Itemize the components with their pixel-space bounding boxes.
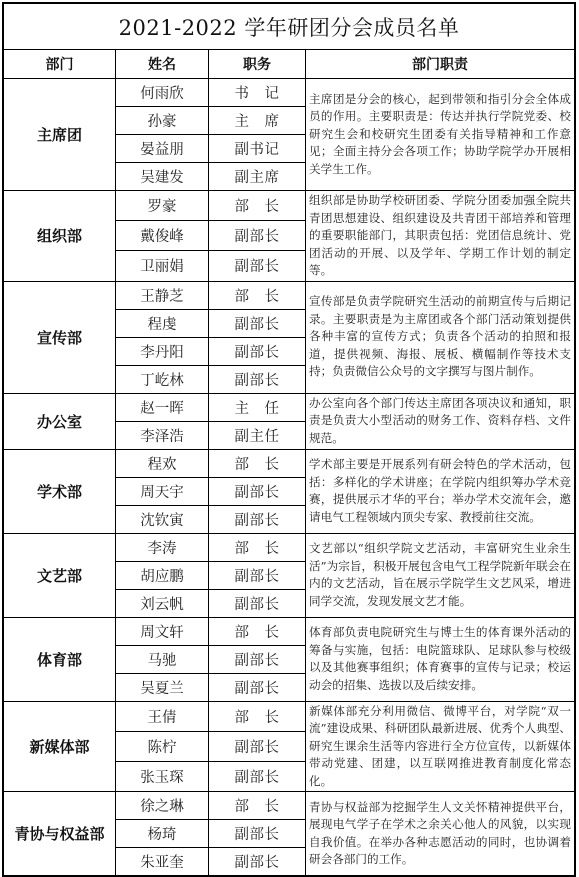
column-header-dept: 部门 [4, 50, 116, 79]
member-role: 书 记 [209, 79, 306, 107]
member-role: 副部长 [209, 309, 306, 337]
member-role: 副部长 [209, 337, 306, 365]
member-role: 部 长 [209, 792, 306, 820]
department-duty: 青协与权益部为挖掘学生人文关怀精神提供平台，展现电气学子在学术之余关心他人的风貌… [306, 792, 575, 876]
member-name: 程欢 [116, 449, 209, 477]
table-row: 新媒体部王倩部 长新媒体部充分利用微信、微博平台，对学院“双一流”建设成果、科研… [4, 701, 575, 731]
member-name: 罗豪 [116, 191, 209, 221]
member-role: 副书记 [209, 135, 306, 163]
department-duty: 文艺部以“组织学院文艺活动，丰富研究生业余生活”为宗旨，积极开展包含电气工程学院… [306, 533, 575, 617]
member-role: 副部长 [209, 251, 306, 281]
department-name: 青协与权益部 [4, 792, 116, 876]
member-role: 部 长 [209, 701, 306, 731]
department-name: 组织部 [4, 191, 116, 282]
department-name: 新媒体部 [4, 701, 116, 792]
member-name: 张玉琛 [116, 761, 209, 791]
department-duty: 主席团是分会的核心，起到带领和指引分会全体成员的作用。主要职责是：传达并执行学院… [306, 79, 575, 191]
member-name: 刘云帆 [116, 589, 209, 617]
member-role: 部 长 [209, 617, 306, 645]
member-role: 副部长 [209, 477, 306, 505]
member-name: 吴夏兰 [116, 673, 209, 701]
member-role: 副部长 [209, 505, 306, 533]
member-name: 丁屹林 [116, 365, 209, 393]
column-header-name: 姓名 [116, 50, 209, 79]
roster-sheet: 2021-2022 学年研团分会成员名单 部门 姓名 职务 部门职责 主席团何雨… [2, 2, 576, 875]
member-name: 李泽浩 [116, 421, 209, 449]
member-name: 吴建发 [116, 163, 209, 191]
member-name: 程虔 [116, 309, 209, 337]
member-role: 副部长 [209, 645, 306, 673]
member-name: 赵一晖 [116, 393, 209, 421]
department-duty: 宣传部是负责学院研究生活动的前期宣传与后期记录。主要职责是为主席团或各个部门活动… [306, 281, 575, 393]
page-title: 2021-2022 学年研团分会成员名单 [4, 4, 575, 50]
member-role: 部 长 [209, 449, 306, 477]
member-role: 副部长 [209, 673, 306, 701]
member-role: 副部长 [209, 589, 306, 617]
member-role: 副部长 [209, 221, 306, 251]
member-role: 副部长 [209, 820, 306, 848]
department-name: 宣传部 [4, 281, 116, 393]
member-name: 戴俊峰 [116, 221, 209, 251]
department-duty: 体育部负责电院研究生与博士生的体育课外活动的筹备与实施，包括：电院篮球队、足球队… [306, 617, 575, 701]
department-name: 文艺部 [4, 533, 116, 617]
table-row: 体育部周文轩部 长体育部负责电院研究生与博士生的体育课外活动的筹备与实施，包括：… [4, 617, 575, 645]
member-role: 副部长 [209, 761, 306, 791]
member-name: 晏益朋 [116, 135, 209, 163]
table-row: 主席团何雨欣书 记主席团是分会的核心，起到带领和指引分会全体成员的作用。主要职责… [4, 79, 575, 107]
roster-table: 2021-2022 学年研团分会成员名单 部门 姓名 职务 部门职责 主席团何雨… [3, 3, 575, 875]
member-role: 副主席 [209, 163, 306, 191]
department-duty: 新媒体部充分利用微信、微博平台，对学院“双一流”建设成果、科研团队最新进展、优秀… [306, 701, 575, 792]
title-row: 2021-2022 学年研团分会成员名单 [4, 4, 575, 50]
member-name: 朱亚奎 [116, 848, 209, 876]
member-role: 部 长 [209, 281, 306, 309]
member-name: 王倩 [116, 701, 209, 731]
member-name: 孙豪 [116, 107, 209, 135]
member-role: 副部长 [209, 561, 306, 589]
table-row: 学术部程欢部 长学术部主要是开展系列有研会特色的学术活动，包括：多样化的学术讲座… [4, 449, 575, 477]
member-name: 杨琦 [116, 820, 209, 848]
department-duty: 学术部主要是开展系列有研会特色的学术活动，包括：多样化的学术讲座；在学院内组织筹… [306, 449, 575, 533]
member-name: 胡应鹏 [116, 561, 209, 589]
member-name: 何雨欣 [116, 79, 209, 107]
member-name: 陈柠 [116, 731, 209, 761]
column-header-role: 职务 [209, 50, 306, 79]
member-name: 李丹阳 [116, 337, 209, 365]
member-role: 部 长 [209, 533, 306, 561]
member-role: 主 任 [209, 393, 306, 421]
member-name: 徐之琳 [116, 792, 209, 820]
header-row: 部门 姓名 职务 部门职责 [4, 50, 575, 79]
member-role: 副部长 [209, 731, 306, 761]
member-role: 副部长 [209, 365, 306, 393]
department-name: 体育部 [4, 617, 116, 701]
member-role: 主 席 [209, 107, 306, 135]
department-name: 办公室 [4, 393, 116, 449]
member-name: 卫丽娟 [116, 251, 209, 281]
table-row: 组织部罗豪部 长组织部是协助学校研团委、学院分团委加强全院共青团思想建设、组织建… [4, 191, 575, 221]
member-name: 李涛 [116, 533, 209, 561]
department-name: 学术部 [4, 449, 116, 533]
member-name: 王静芝 [116, 281, 209, 309]
department-duty: 办公室向各个部门传达主席团各项决议和通知，职责是负责大小型活动的财务工作、资料存… [306, 393, 575, 449]
table-row: 宣传部王静芝部 长宣传部是负责学院研究生活动的前期宣传与后期记录。主要职责是为主… [4, 281, 575, 309]
member-role: 部 长 [209, 191, 306, 221]
column-header-duty: 部门职责 [306, 50, 575, 79]
table-row: 青协与权益部徐之琳部 长青协与权益部为挖掘学生人文关怀精神提供平台，展现电气学子… [4, 792, 575, 820]
member-name: 周文轩 [116, 617, 209, 645]
department-name: 主席团 [4, 79, 116, 191]
member-role: 副部长 [209, 848, 306, 876]
member-name: 周天宇 [116, 477, 209, 505]
member-name: 马驰 [116, 645, 209, 673]
department-duty: 组织部是协助学校研团委、学院分团委加强全院共青团思想建设、组织建设及共青团干部培… [306, 191, 575, 282]
member-name: 沈钦寅 [116, 505, 209, 533]
table-row: 办公室赵一晖主 任办公室向各个部门传达主席团各项决议和通知，职责是负责大小型活动… [4, 393, 575, 421]
member-role: 副主任 [209, 421, 306, 449]
table-row: 文艺部李涛部 长文艺部以“组织学院文艺活动，丰富研究生业余生活”为宗旨，积极开展… [4, 533, 575, 561]
